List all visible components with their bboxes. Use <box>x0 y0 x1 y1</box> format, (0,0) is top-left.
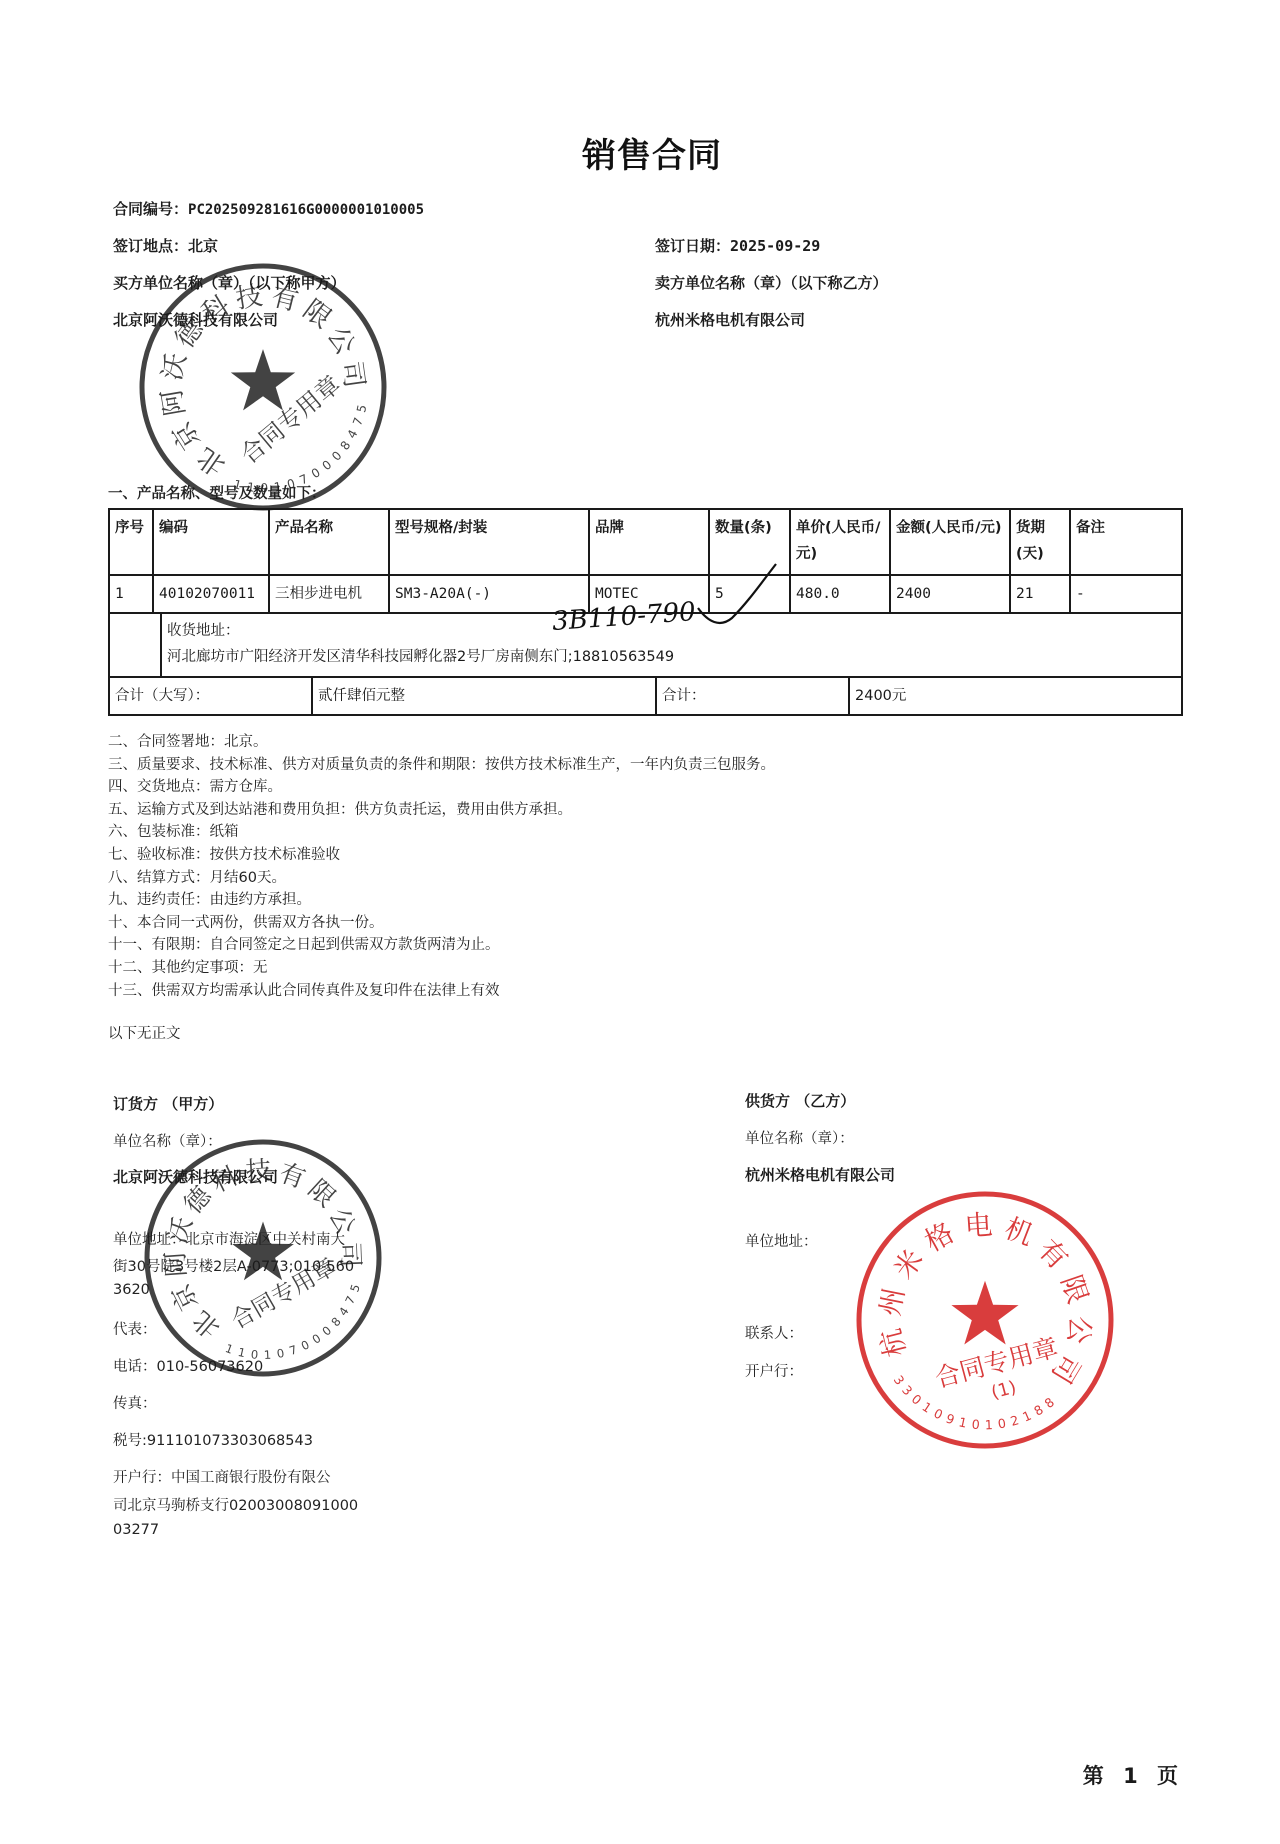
clause-item: 十三、供需双方均需承认此合同传真件及复印件在法律上有效 <box>108 979 775 1002</box>
svg-text:技: 技 <box>245 1156 272 1187</box>
svg-text:德: 德 <box>169 313 211 354</box>
svg-text:0: 0 <box>250 1347 259 1362</box>
svg-text:1: 1 <box>246 480 255 495</box>
svg-text:阿: 阿 <box>161 1250 193 1278</box>
svg-text:3: 3 <box>891 1373 908 1388</box>
buyer-bank-line2: 司北京马驹桥支行02003008091000 <box>113 1494 358 1515</box>
check-mark-icon <box>690 560 780 630</box>
svg-text:0: 0 <box>319 1323 334 1338</box>
svg-text:7: 7 <box>287 1342 298 1358</box>
svg-text:北: 北 <box>191 441 231 482</box>
svg-text:3: 3 <box>899 1382 916 1398</box>
address-spacer-cell <box>110 614 162 678</box>
seller-block-heading: 供货方 （乙方） <box>745 1090 855 1111</box>
seller-label: 卖方单位名称（章）（以下称乙方） <box>655 272 888 293</box>
svg-text:4: 4 <box>336 1304 352 1318</box>
svg-text:8: 8 <box>337 438 353 452</box>
total-upper-label: 合计（大写）： <box>110 678 313 714</box>
svg-text:格: 格 <box>919 1216 959 1258</box>
cell-amount: 2400 <box>891 576 1011 612</box>
svg-text:5: 5 <box>354 403 369 414</box>
svg-text:1: 1 <box>223 1341 235 1357</box>
svg-text:有: 有 <box>1032 1233 1075 1276</box>
total-label: 合计： <box>657 678 850 714</box>
svg-text:阿: 阿 <box>156 387 191 418</box>
header-unit-price: 单价(人民币/元) <box>791 510 891 574</box>
svg-text:1: 1 <box>232 477 243 492</box>
svg-text:0: 0 <box>997 1415 1007 1431</box>
clause-item: 十、本合同一式两份，供需双方各执一份。 <box>108 911 775 934</box>
buyer-bank: 开户行：中国工商银行股份有限公 <box>113 1466 331 1487</box>
header-amount: 金额(人民币/元) <box>891 510 1011 574</box>
svg-text:京: 京 <box>166 416 206 455</box>
buyer-tax-label: 税号: <box>113 1433 147 1449</box>
svg-text:7: 7 <box>297 472 310 488</box>
svg-text:4: 4 <box>345 427 361 441</box>
svg-text:5: 5 <box>347 1282 363 1293</box>
svg-text:1: 1 <box>957 1414 968 1430</box>
svg-text:7: 7 <box>342 1294 358 1307</box>
svg-text:0: 0 <box>309 465 323 481</box>
svg-text:0: 0 <box>285 476 296 492</box>
svg-text:有: 有 <box>268 281 301 318</box>
sign-date-value: 2025-09-29 <box>730 237 820 255</box>
clause-item: 六、包装标准：纸箱 <box>108 820 775 843</box>
seller-contact-label: 联系人： <box>745 1322 803 1343</box>
svg-text:0: 0 <box>276 1346 286 1361</box>
buyer-tax-value: 911101073303068543 <box>147 1433 313 1449</box>
buyer-bank-line1: 中国工商银行股份有限公 <box>171 1470 331 1486</box>
svg-text:限: 限 <box>1055 1271 1095 1308</box>
svg-text:0: 0 <box>299 1337 312 1353</box>
header-lead-days: 货期(天) <box>1011 510 1071 574</box>
clause-item: 九、违约责任：由违约方承担。 <box>108 888 775 911</box>
svg-text:德: 德 <box>178 1180 218 1220</box>
clause-item: 十一、有限期：自合同签定之日起到供需双方款货两清为止。 <box>108 933 775 956</box>
end-note: 以下无正文 <box>108 1022 181 1043</box>
svg-text:北: 北 <box>187 1304 226 1343</box>
svg-text:京: 京 <box>166 1279 204 1315</box>
svg-text:电: 电 <box>964 1208 994 1243</box>
buyer-bank-label: 开户行： <box>113 1470 171 1486</box>
contract-number-label: 合同编号： <box>113 200 188 218</box>
sign-place: 签订地点：北京 <box>113 235 218 256</box>
svg-text:8: 8 <box>1031 1402 1046 1419</box>
svg-text:0: 0 <box>971 1417 980 1433</box>
clauses-list: 二、合同签署地：北京。 三、质量要求、技术标准、供方对质量负责的条件和期限：按供… <box>108 730 775 1024</box>
svg-text:司: 司 <box>336 359 370 390</box>
svg-text:1: 1 <box>273 480 283 495</box>
seller-block-name-label: 单位名称（章）： <box>745 1127 854 1148</box>
cell-code: 40102070011 <box>154 576 270 612</box>
contract-number: 合同编号：PC202509281616G0000001010005 <box>113 198 424 219</box>
header-seq: 序号 <box>110 510 154 574</box>
total-value: 2400元 <box>850 678 1181 714</box>
svg-text:沃: 沃 <box>162 1213 199 1247</box>
header-model: 型号规格/封装 <box>390 510 590 574</box>
clause-item: 四、交货地点：需方仓库。 <box>108 775 775 798</box>
sign-place-label: 签订地点： <box>113 237 188 255</box>
clause-item: 三、质量要求、技术标准、供方对质量负责的条件和期限：按供方技术标准生产，一年内负… <box>108 753 775 776</box>
svg-text:科: 科 <box>196 289 235 330</box>
svg-text:沃: 沃 <box>157 350 193 383</box>
sign-place-value: 北京 <box>188 237 218 255</box>
address-value: 河北廊坊市广阳经济开发区清华科技园孵化器2号厂房南侧东门;18810563549 <box>167 644 1176 670</box>
svg-text:0: 0 <box>931 1405 945 1422</box>
svg-text:公: 公 <box>1061 1315 1097 1346</box>
table-header-row: 序号 编码 产品名称 型号规格/封装 品牌 数量(条) 单价(人民币/元) 金额… <box>110 510 1181 576</box>
clause-item: 五、运输方式及到达站港和费用负担：供方负责托运，费用由供方承担。 <box>108 798 775 821</box>
svg-text:1: 1 <box>264 1348 272 1362</box>
svg-text:机: 机 <box>1000 1211 1038 1252</box>
svg-text:2: 2 <box>1009 1412 1021 1429</box>
svg-text:9: 9 <box>944 1411 957 1428</box>
clause-item: 二、合同签署地：北京。 <box>108 730 775 753</box>
total-row: 合计（大写）： 贰仟肆佰元整 合计： 2400元 <box>110 678 1181 714</box>
contract-number-value: PC202509281616G0000001010005 <box>188 202 424 218</box>
clause-item: 八、结算方式：月结60天。 <box>108 866 775 889</box>
seller-company-seal: 杭州米格电机有限公司合同专用章(1)33010910102188 <box>855 1190 1115 1450</box>
sign-date: 签订日期：2025-09-29 <box>655 235 820 256</box>
svg-text:0: 0 <box>260 481 268 495</box>
header-remark: 备注 <box>1071 510 1181 574</box>
cell-remark: - <box>1071 576 1181 612</box>
svg-text:公: 公 <box>321 322 361 361</box>
buyer-tax: 税号:911101073303068543 <box>113 1429 313 1450</box>
seller-name: 杭州米格电机有限公司 <box>655 309 805 330</box>
buyer-company-seal: 北京阿沃德科技有限公司合同专用章1101070008475 <box>138 262 388 512</box>
svg-text:0: 0 <box>310 1331 324 1347</box>
svg-text:司: 司 <box>334 1241 365 1268</box>
svg-text:8: 8 <box>1042 1394 1058 1411</box>
svg-text:科: 科 <box>207 1161 243 1199</box>
document-title: 销售合同 <box>582 128 722 177</box>
svg-text:0: 0 <box>329 449 344 464</box>
svg-text:1: 1 <box>920 1399 935 1416</box>
clause-item: 七、验收标准：按供方技术标准验收 <box>108 843 775 866</box>
page-number: 第 1 页 <box>1083 1760 1184 1790</box>
svg-text:有: 有 <box>275 1158 309 1195</box>
svg-text:1: 1 <box>1020 1408 1033 1425</box>
buyer-block-heading: 订货方 （甲方） <box>113 1093 223 1114</box>
svg-text:合同专用章: 合同专用章 <box>227 1253 341 1334</box>
svg-text:限: 限 <box>302 1174 341 1213</box>
cell-seq: 1 <box>110 576 154 612</box>
svg-text:1: 1 <box>985 1417 994 1432</box>
svg-text:杭: 杭 <box>874 1325 913 1360</box>
total-upper-value: 贰仟肆佰元整 <box>313 678 657 714</box>
header-code: 编码 <box>154 510 270 574</box>
clause-item <box>108 1001 775 1024</box>
svg-text:州: 州 <box>873 1285 911 1319</box>
svg-text:公: 公 <box>323 1204 361 1240</box>
cell-unit-price: 480.0 <box>791 576 891 612</box>
buyer-bank-line3: 03277 <box>113 1522 159 1538</box>
cell-lead-days: 21 <box>1011 576 1071 612</box>
svg-text:8: 8 <box>328 1314 343 1329</box>
svg-text:1: 1 <box>237 1345 247 1360</box>
svg-text:(1): (1) <box>989 1378 1018 1404</box>
header-product: 产品名称 <box>270 510 390 574</box>
svg-text:米: 米 <box>887 1243 930 1285</box>
seller-address-label: 单位地址： <box>745 1230 818 1251</box>
seller-bank-label: 开户行： <box>745 1360 803 1381</box>
svg-text:7: 7 <box>350 416 366 428</box>
svg-text:限: 限 <box>297 294 337 335</box>
buyer-fax-label: 传真： <box>113 1392 157 1413</box>
seller-block-name: 杭州米格电机有限公司 <box>745 1164 895 1185</box>
svg-text:0: 0 <box>909 1391 925 1408</box>
cell-product: 三相步进电机 <box>270 576 390 612</box>
buyer-company-seal-bottom: 北京阿沃德科技有限公司合同专用章1101070008475 <box>143 1138 383 1378</box>
svg-text:技: 技 <box>234 280 265 315</box>
clause-item: 十二、其他约定事项：无 <box>108 956 775 979</box>
svg-text:0: 0 <box>320 458 335 474</box>
sign-date-label: 签订日期： <box>655 237 730 255</box>
